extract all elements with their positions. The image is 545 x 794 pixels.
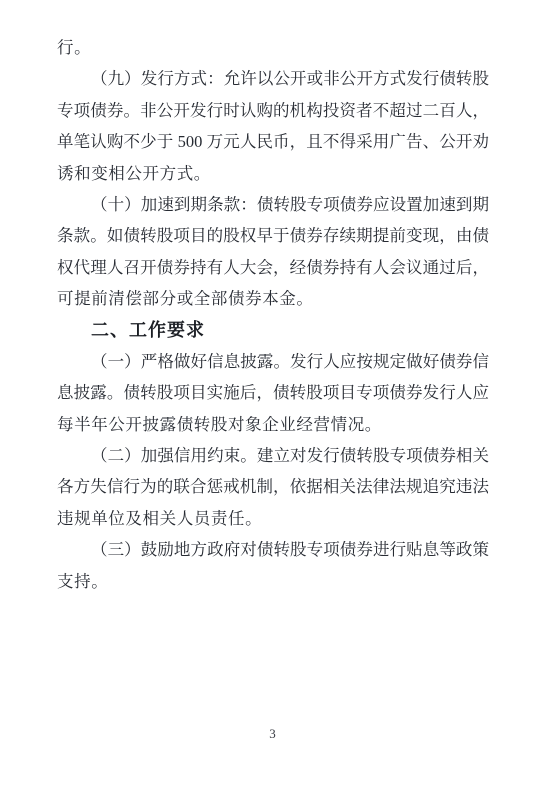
text-line: （二）加强信用约束。建立对发行债转股专项债券相关 bbox=[57, 440, 489, 471]
section-heading: 二、工作要求 bbox=[57, 315, 489, 346]
text-line: （三）鼓励地方政府对债转股专项债券进行贴息等政策 bbox=[57, 534, 489, 565]
text-line: 行。 bbox=[57, 32, 489, 63]
page-number: 3 bbox=[0, 726, 545, 741]
text-line: 专项债券。非公开发行时认购的机构投资者不超过二百人， bbox=[57, 95, 489, 126]
text-line: 条款。如债转股项目的股权早于债券存续期提前变现，由债 bbox=[57, 220, 489, 251]
text-line: （九）发行方式：允许以公开或非公开方式发行债转股 bbox=[57, 63, 489, 94]
document-page: 行。（九）发行方式：允许以公开或非公开方式发行债转股专项债券。非公开发行时认购的… bbox=[0, 0, 545, 794]
document-body: 行。（九）发行方式：允许以公开或非公开方式发行债转股专项债券。非公开发行时认购的… bbox=[57, 32, 489, 597]
text-line: 单笔认购不少于 500 万元人民币，且不得采用广告、公开劝 bbox=[57, 126, 489, 157]
text-line: （一）严格做好信息披露。发行人应按规定做好债券信 bbox=[57, 346, 489, 377]
text-line: 诱和变相公开方式。 bbox=[57, 158, 489, 189]
text-line: 息披露。债转股项目实施后，债转股项目专项债券发行人应 bbox=[57, 377, 489, 408]
text-line: （十）加速到期条款：债转股专项债券应设置加速到期 bbox=[57, 189, 489, 220]
text-line: 可提前清偿部分或全部债券本金。 bbox=[57, 283, 489, 314]
text-line: 权代理人召开债券持有人大会，经债券持有人会议通过后， bbox=[57, 252, 489, 283]
text-line: 各方失信行为的联合惩戒机制，依据相关法律法规追究违法 bbox=[57, 471, 489, 502]
text-line: 违规单位及相关人员责任。 bbox=[57, 503, 489, 534]
text-line: 支持。 bbox=[57, 566, 489, 597]
text-line: 每半年公开披露债转股对象企业经营情况。 bbox=[57, 409, 489, 440]
